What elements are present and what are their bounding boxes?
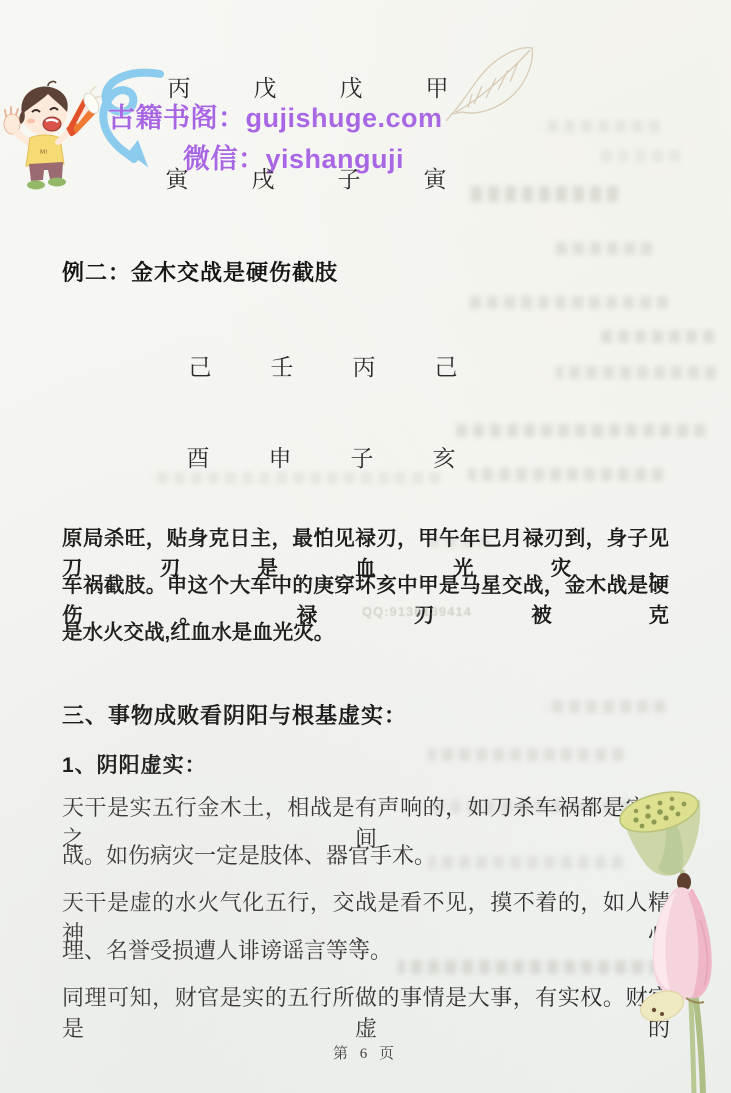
body-line: 同理可知，财官是实的五行所做的事情是大事，有实权。财官是虚的 (62, 981, 670, 1043)
bazi-char: 己 (434, 349, 458, 382)
svg-text:M!: M! (40, 149, 48, 156)
bleedthrough-line (150, 472, 440, 484)
bazi-char: 申 (268, 440, 292, 473)
bleedthrough-line (556, 242, 652, 255)
body-line: 理、名誉受损遭人诽谤谣言等等。 (62, 934, 670, 965)
bleedthrough-line (450, 424, 705, 437)
lotus-seed-pod (616, 785, 702, 876)
bazi-char: 丙 (352, 349, 376, 382)
bleedthrough-line (556, 366, 716, 379)
leaf-sketch-illustration (444, 42, 539, 122)
lotus-bud (637, 873, 712, 1026)
bazi-char: 亥 (432, 440, 456, 473)
bazi-char: 寅 (423, 161, 447, 194)
mascot-shoe (27, 181, 45, 190)
example2-stems-row: 己 壬 丙 己 (188, 349, 458, 382)
section3-sub1-heading: 1、阴阳虚实： (62, 749, 207, 779)
watermark-qq-text: QQ:9136139414 (362, 604, 472, 619)
bazi-char: 子 (337, 161, 361, 194)
body-line: 战。如伤病灾一定是肢体、器官手术。 (62, 839, 670, 870)
analysis-line: 是水火交战,红血水是血光灾。 (62, 615, 669, 645)
bazi-char: 子 (350, 440, 374, 473)
bazi-char: 酉 (186, 440, 210, 473)
section3-heading: 三、事物成败看阴阳与根基虚实： (62, 699, 407, 730)
bleedthrough-line (468, 468, 663, 481)
bleedthrough-line (468, 296, 668, 309)
bleedthrough-line (428, 748, 623, 761)
bleedthrough-line (545, 700, 665, 713)
bazi-char: 壬 (270, 349, 294, 382)
bleedthrough-line (600, 150, 680, 162)
bazi-top-branches-row: 寅 戌 子 寅 (165, 161, 447, 194)
scanned-book-page: M! 丙 戊 戊 甲 古籍书阁：gujishuge.com 微信：yishang… (0, 0, 731, 1093)
lotus-flower-illustration (596, 770, 731, 1093)
bazi-char: 戌 (251, 161, 275, 194)
bleedthrough-line (468, 186, 618, 202)
bazi-char: 己 (188, 349, 212, 382)
bazi-char: 寅 (165, 161, 189, 194)
bleedthrough-line (540, 120, 660, 133)
bleedthrough-line (596, 330, 714, 343)
example2-heading: 例二：金木交战是硬伤截肢 (62, 256, 338, 287)
mascot-head (19, 82, 67, 135)
watermark-site-text: 古籍书阁：gujishuge.com (108, 96, 443, 135)
mascot-shoe (48, 178, 66, 187)
example2-branches-row: 酉 申 子 亥 (186, 440, 456, 473)
